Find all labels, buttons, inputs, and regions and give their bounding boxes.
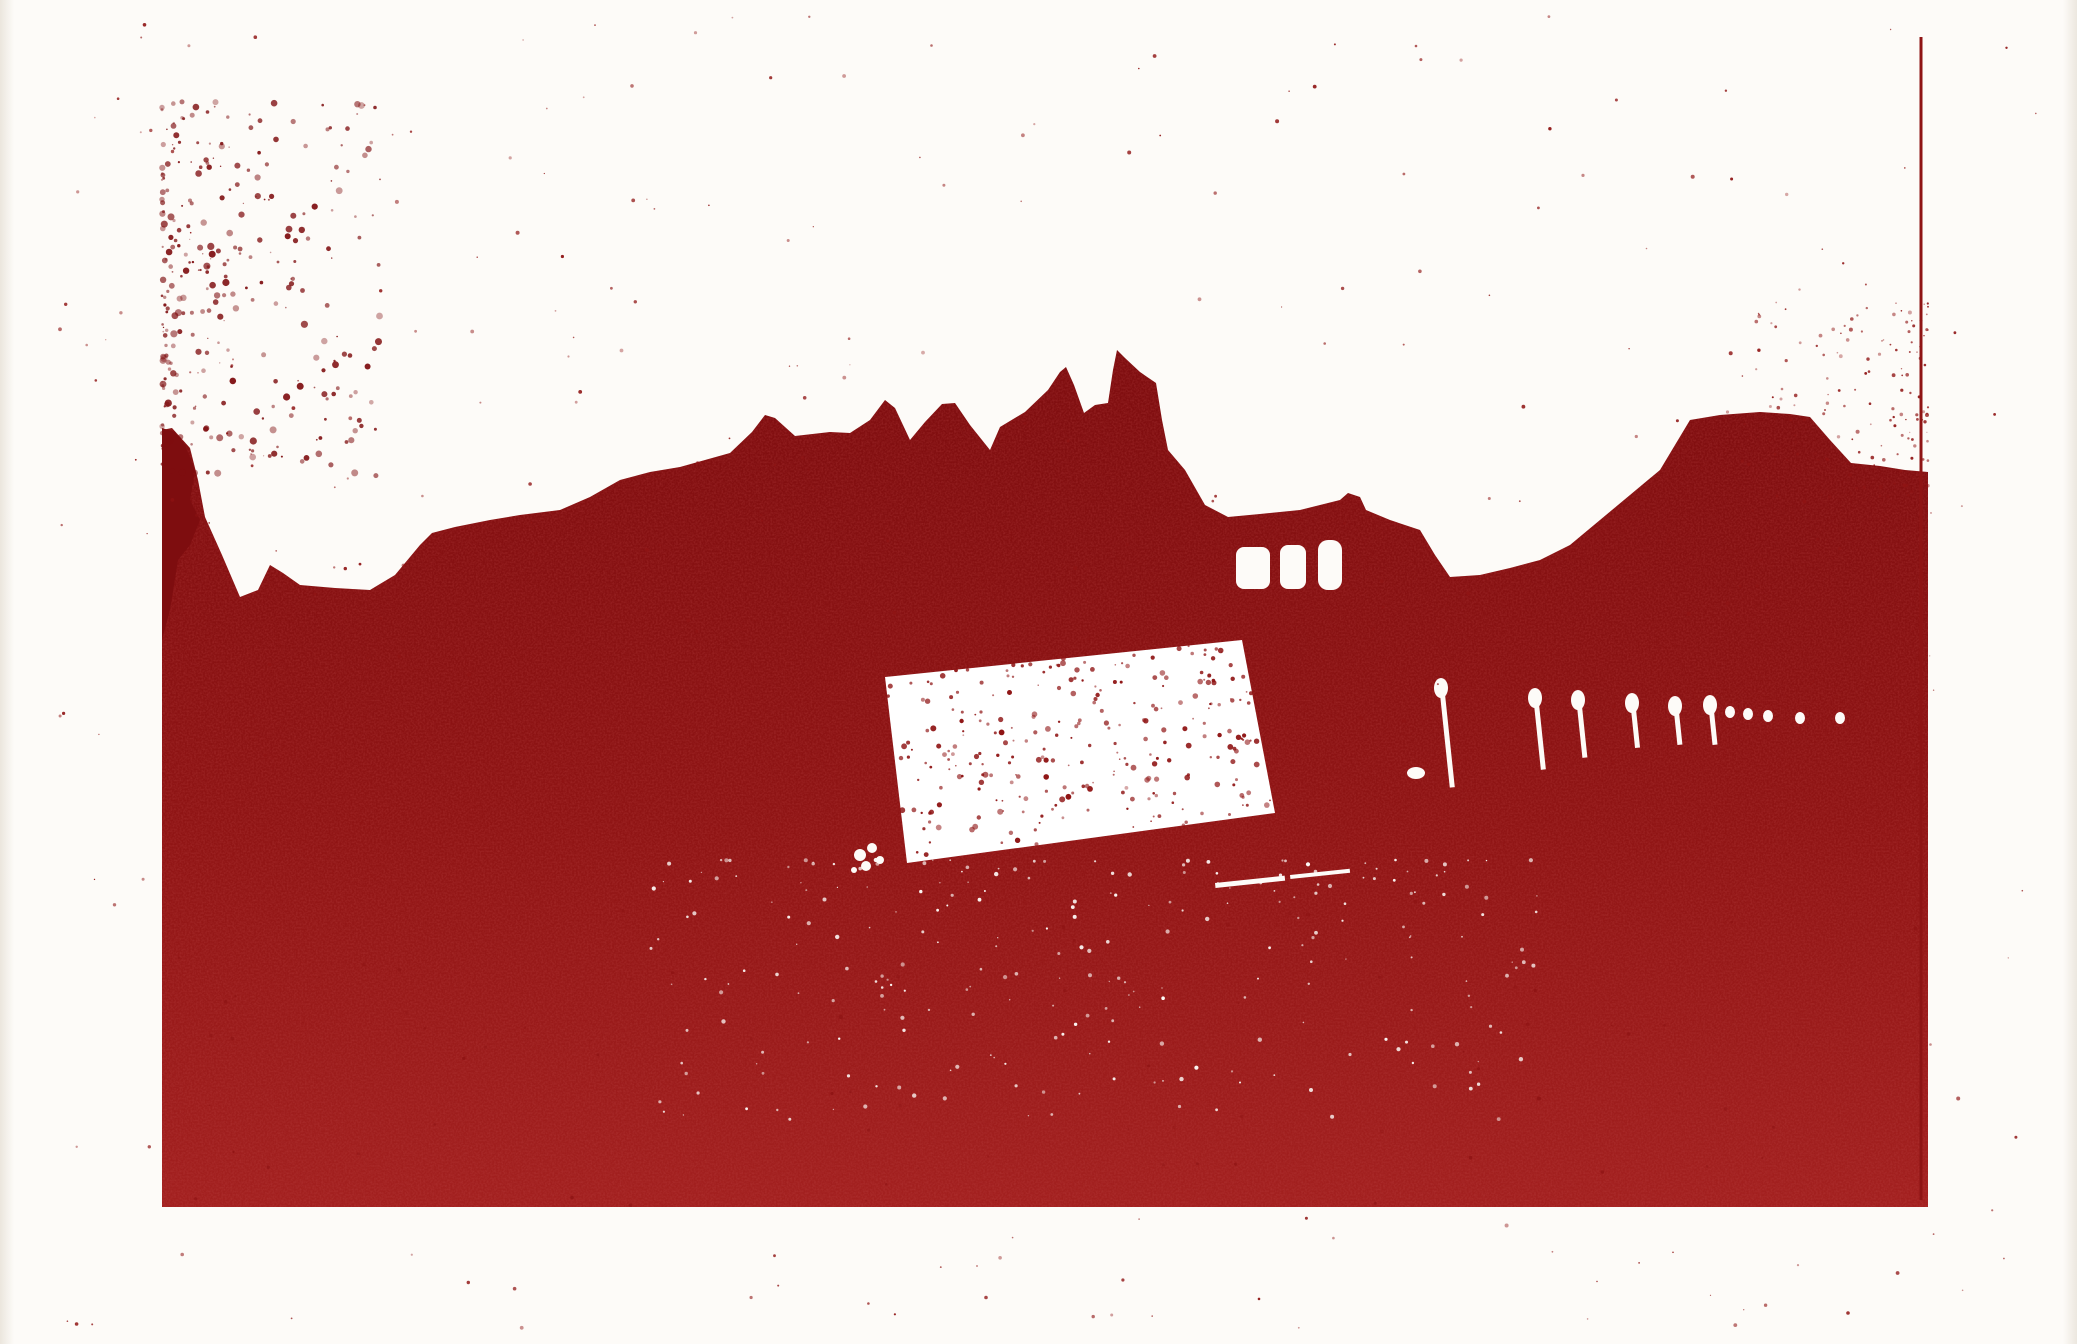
ruin-window (1236, 547, 1270, 589)
ruin-building (1236, 540, 1342, 590)
ruin-window (1280, 545, 1306, 589)
ruin-window (1318, 540, 1342, 590)
print-artwork (0, 0, 2077, 1344)
